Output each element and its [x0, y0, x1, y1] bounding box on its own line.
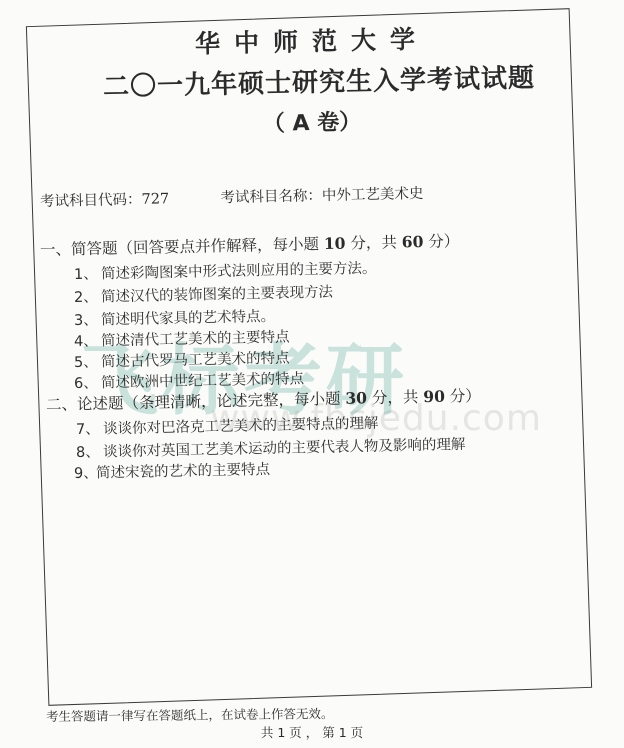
question-number: 3、 — [74, 308, 101, 330]
question-number: 5、 — [74, 350, 101, 372]
exam-title: 二〇一九年硕士研究生入学考试试题 — [0, 55, 624, 105]
total-points: 60 — [402, 232, 424, 251]
section-heading-text: 分） — [423, 232, 459, 251]
question-item: 9、简述宋瓷的艺术的主要特点 — [74, 458, 270, 483]
answer-instruction-note: 考生答题请一律写在答题纸上，在试卷上作答无效。 — [46, 704, 334, 725]
total-points: 90 — [423, 387, 445, 406]
question-number: 6、 — [74, 371, 101, 393]
question-number: 8、 — [76, 440, 103, 462]
section-heading-text: 二、论述题（条理清晰，论述完整，每小题 — [46, 390, 346, 414]
section-heading-text: 分） — [445, 387, 481, 406]
question-item: 2、简述汉代的装饰图案的主要表现方法 — [74, 281, 333, 307]
question-text: 简述彩陶图案中形式法则应用的主要方法。 — [101, 261, 377, 283]
section-heading-text: 分，共 — [345, 233, 402, 252]
subject-code: 727 — [141, 191, 169, 208]
per-question-points: 10 — [324, 234, 346, 253]
exam-paper: 华中师范大学 二〇一九年硕士研究生入学考试试题 （ A 卷） 考试科目代码：72… — [0, 0, 624, 748]
paper-version: （ A 卷） — [0, 99, 624, 143]
question-text: 谈谈你对英国工艺美术运动的主要代表人物及影响的理解 — [103, 437, 466, 461]
subject-name: 中外工艺美术史 — [322, 186, 424, 204]
subject-name-label: 考试科目名称： — [220, 188, 322, 206]
section-heading-short-answer: 一、简答题（回答要点并作解释，每小题 10 分，共 60 分） — [40, 229, 460, 260]
question-number: 7、 — [76, 417, 103, 439]
question-text: 简述汉代的装饰图案的主要表现方法 — [101, 285, 333, 306]
subject-info: 考试科目代码：727 考试科目名称：中外工艺美术史 — [40, 182, 424, 211]
subject-code-label: 考试科目代码： — [40, 192, 142, 210]
question-text: 谈谈你对巴洛克工艺美术的主要特点的理解 — [103, 416, 379, 438]
question-number: 2、 — [74, 285, 101, 307]
question-number: 1、 — [74, 262, 101, 284]
question-number: 9、 — [74, 462, 96, 483]
section-heading-text: 一、简答题（回答要点并作解释，每小题 — [40, 235, 324, 259]
question-text: 简述宋瓷的艺术的主要特点 — [96, 462, 270, 482]
per-question-points: 30 — [345, 388, 367, 407]
section-heading-text: 分，共 — [367, 388, 424, 407]
question-number: 4、 — [74, 329, 101, 351]
page-count: 共 1 页 ， 第 1 页 — [0, 723, 624, 741]
